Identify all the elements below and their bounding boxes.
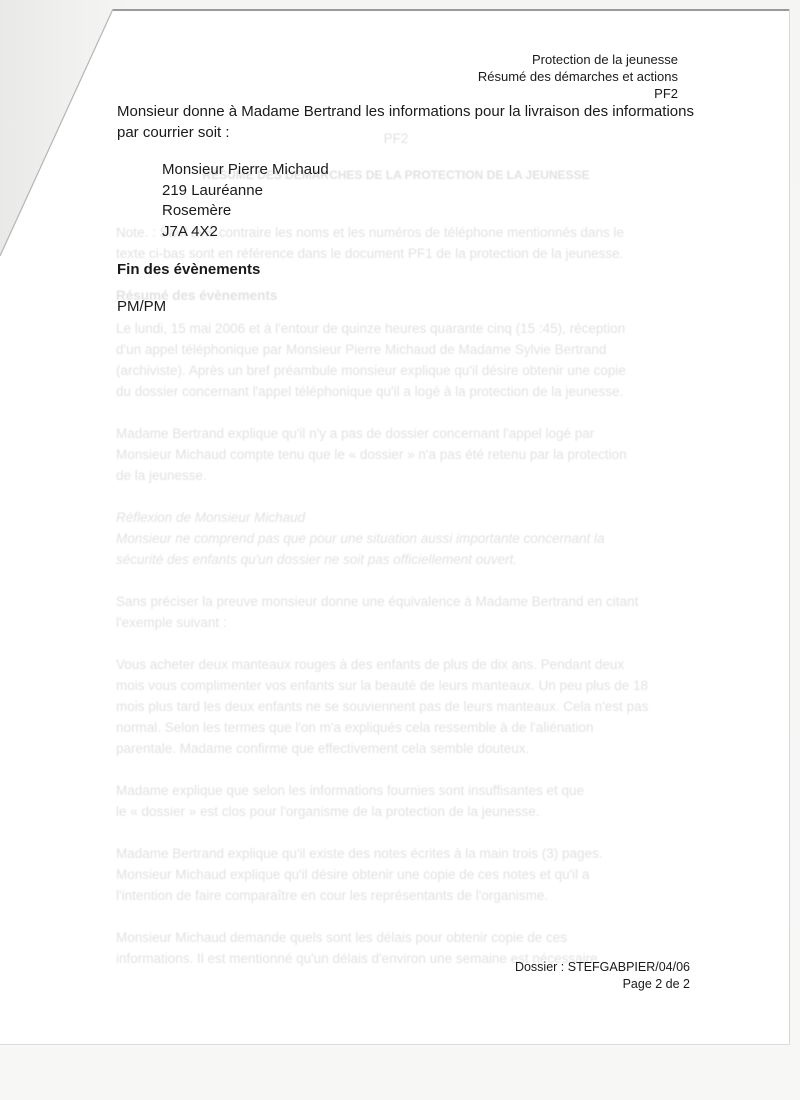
ghost-line: de la jeunesse. xyxy=(116,465,676,486)
ghost-paragraphs: Le lundi, 15 mai 2006 et à l'entour de q… xyxy=(116,318,676,990)
initials: PM/PM xyxy=(117,298,166,315)
ghost-summary-heading: Résumé des évènements xyxy=(116,285,676,306)
address-postal-code: J7A 4X2 xyxy=(162,222,329,243)
header-organization: Protection de la jeunesse xyxy=(478,51,678,68)
ghost-line: mois plus tard les deux enfants ne se so… xyxy=(116,696,676,717)
mailing-address: Monsieur Pierre Michaud 219 Lauréanne Ro… xyxy=(162,160,329,242)
ghost-paragraph: Vous acheter deux manteaux rouges à des … xyxy=(116,654,676,759)
ghost-line: Madame Bertrand explique qu'il existe de… xyxy=(116,843,676,864)
header-code: PF2 xyxy=(478,85,678,102)
ghost-line: normal. Selon les termes que l'on m'a ex… xyxy=(116,717,676,738)
section-heading: Fin des évènements xyxy=(117,261,260,278)
ghost-line: Madame Bertrand explique qu'il n'y a pas… xyxy=(116,423,676,444)
ghost-line: du dossier concernant l'appel téléphoniq… xyxy=(116,381,676,402)
ghost-line: parentale. Madame confirme que effective… xyxy=(116,738,676,759)
ghost-line: Sans préciser la preuve monsieur donne u… xyxy=(116,591,676,612)
bleed-through-text: PF2 RÉSUMÉ DES DÉMARCHES DE LA PROTECTIO… xyxy=(0,0,800,1100)
ghost-paragraph: Madame Bertrand explique qu'il n'y a pas… xyxy=(116,423,676,486)
ghost-paragraph: Madame Bertrand explique qu'il existe de… xyxy=(116,843,676,906)
intro-paragraph: Monsieur donne à Madame Bertrand les inf… xyxy=(117,101,697,143)
footer-page-number: Page 2 de 2 xyxy=(515,976,690,993)
ghost-line: Monsieur Michaud demande quels sont les … xyxy=(116,927,676,948)
address-street: 219 Lauréanne xyxy=(162,181,329,202)
footer-dossier: Dossier : STEFGABPIER/04/06 xyxy=(515,959,690,976)
ghost-line: Monsieur Michaud explique qu'il désire o… xyxy=(116,864,676,885)
header-document-title: Résumé des démarches et actions xyxy=(478,68,678,85)
ghost-line: Vous acheter deux manteaux rouges à des … xyxy=(116,654,676,675)
ghost-paragraph: Sans préciser la preuve monsieur donne u… xyxy=(116,591,676,633)
ghost-line: Réflexion de Monsieur Michaud xyxy=(116,507,676,528)
ghost-line: (archiviste). Après un bref préambule mo… xyxy=(116,360,676,381)
address-name: Monsieur Pierre Michaud xyxy=(162,160,329,181)
ghost-line: l'intention de faire comparaître en cour… xyxy=(116,885,676,906)
ghost-paragraph: Réflexion de Monsieur MichaudMonsieur ne… xyxy=(116,507,676,570)
ghost-line: l'exemple suivant : xyxy=(116,612,676,633)
ghost-line: mois vous complimenter vos enfants sur l… xyxy=(116,675,676,696)
ghost-line: le « dossier » est clos pour l'organisme… xyxy=(116,801,676,822)
ghost-line: d'un appel téléphonique par Monsieur Pie… xyxy=(116,339,676,360)
ghost-paragraph: Le lundi, 15 mai 2006 et à l'entour de q… xyxy=(116,318,676,402)
ghost-line: sécurité des enfants qu'un dossier ne so… xyxy=(116,549,676,570)
ghost-line: Madame explique que selon les informatio… xyxy=(116,780,676,801)
document-footer: Dossier : STEFGABPIER/04/06 Page 2 de 2 xyxy=(515,959,690,993)
ghost-paragraph: Madame explique que selon les informatio… xyxy=(116,780,676,822)
document-header: Protection de la jeunesse Résumé des dém… xyxy=(478,51,678,102)
ghost-line: Monsieur Michaud compte tenu que le « do… xyxy=(116,444,676,465)
address-city: Rosemère xyxy=(162,201,329,222)
ghost-line: Monsieur ne comprend pas que pour une si… xyxy=(116,528,676,549)
ghost-line: Le lundi, 15 mai 2006 et à l'entour de q… xyxy=(116,318,676,339)
